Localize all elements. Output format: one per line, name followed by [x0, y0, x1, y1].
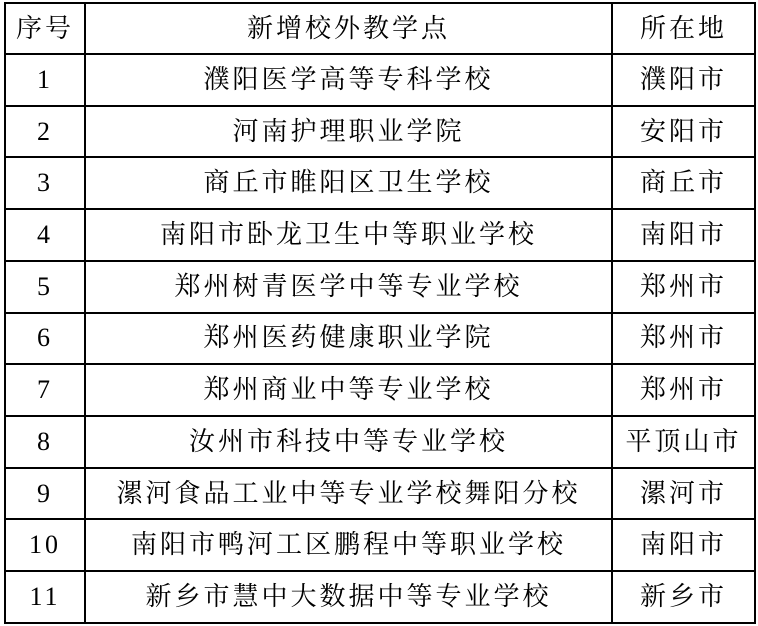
cell-school: 郑州商业中等专业学校	[85, 364, 612, 416]
cell-city: 南阳市	[612, 519, 755, 571]
cell-serial: 8	[5, 416, 85, 468]
cell-school: 新乡市慧中大数据中等专业学校	[85, 571, 612, 623]
cell-school: 漯河食品工业中等专业学校舞阳分校	[85, 468, 612, 520]
cell-school: 郑州医药健康职业学院	[85, 313, 612, 365]
table-row: 5 郑州树青医学中等专业学校 郑州市	[5, 261, 755, 313]
cell-school: 河南护理职业学院	[85, 106, 612, 158]
cell-school: 汝州市科技中等专业学校	[85, 416, 612, 468]
cell-city: 商丘市	[612, 157, 755, 209]
cell-school: 南阳市鸭河工区鹏程中等职业学校	[85, 519, 612, 571]
cell-serial: 6	[5, 313, 85, 365]
cell-serial: 7	[5, 364, 85, 416]
cell-city: 郑州市	[612, 261, 755, 313]
table-row: 9 漯河食品工业中等专业学校舞阳分校 漯河市	[5, 468, 755, 520]
header-cell-city: 所在地	[612, 3, 755, 54]
table-row: 2 河南护理职业学院 安阳市	[5, 106, 755, 158]
table-row: 10 南阳市鸭河工区鹏程中等职业学校 南阳市	[5, 519, 755, 571]
cell-serial: 11	[5, 571, 85, 623]
table-row: 6 郑州医药健康职业学院 郑州市	[5, 313, 755, 365]
cell-serial: 2	[5, 106, 85, 158]
cell-serial: 9	[5, 468, 85, 520]
cell-school: 郑州树青医学中等专业学校	[85, 261, 612, 313]
cell-serial: 1	[5, 54, 85, 106]
cell-serial: 5	[5, 261, 85, 313]
cell-city: 郑州市	[612, 364, 755, 416]
cell-serial: 3	[5, 157, 85, 209]
cell-city: 郑州市	[612, 313, 755, 365]
cell-school: 商丘市睢阳区卫生学校	[85, 157, 612, 209]
cell-city: 濮阳市	[612, 54, 755, 106]
cell-city: 漯河市	[612, 468, 755, 520]
header-cell-school: 新增校外教学点	[85, 3, 612, 54]
cell-city: 平顶山市	[612, 416, 755, 468]
teaching-points-table: 序号 新增校外教学点 所在地 1 濮阳医学高等专科学校 濮阳市 2 河南护理职业…	[4, 2, 756, 624]
header-cell-serial: 序号	[5, 3, 85, 54]
table-body: 1 濮阳医学高等专科学校 濮阳市 2 河南护理职业学院 安阳市 3 商丘市睢阳区…	[5, 54, 755, 623]
table-row: 3 商丘市睢阳区卫生学校 商丘市	[5, 157, 755, 209]
table-row: 1 濮阳医学高等专科学校 濮阳市	[5, 54, 755, 106]
cell-serial: 4	[5, 209, 85, 261]
cell-school: 南阳市卧龙卫生中等职业学校	[85, 209, 612, 261]
table-row: 7 郑州商业中等专业学校 郑州市	[5, 364, 755, 416]
cell-serial: 10	[5, 519, 85, 571]
table-row: 8 汝州市科技中等专业学校 平顶山市	[5, 416, 755, 468]
table-row: 11 新乡市慧中大数据中等专业学校 新乡市	[5, 571, 755, 623]
cell-city: 南阳市	[612, 209, 755, 261]
table-row: 4 南阳市卧龙卫生中等职业学校 南阳市	[5, 209, 755, 261]
header-row: 序号 新增校外教学点 所在地	[5, 3, 755, 54]
cell-city: 安阳市	[612, 106, 755, 158]
cell-city: 新乡市	[612, 571, 755, 623]
cell-school: 濮阳医学高等专科学校	[85, 54, 612, 106]
